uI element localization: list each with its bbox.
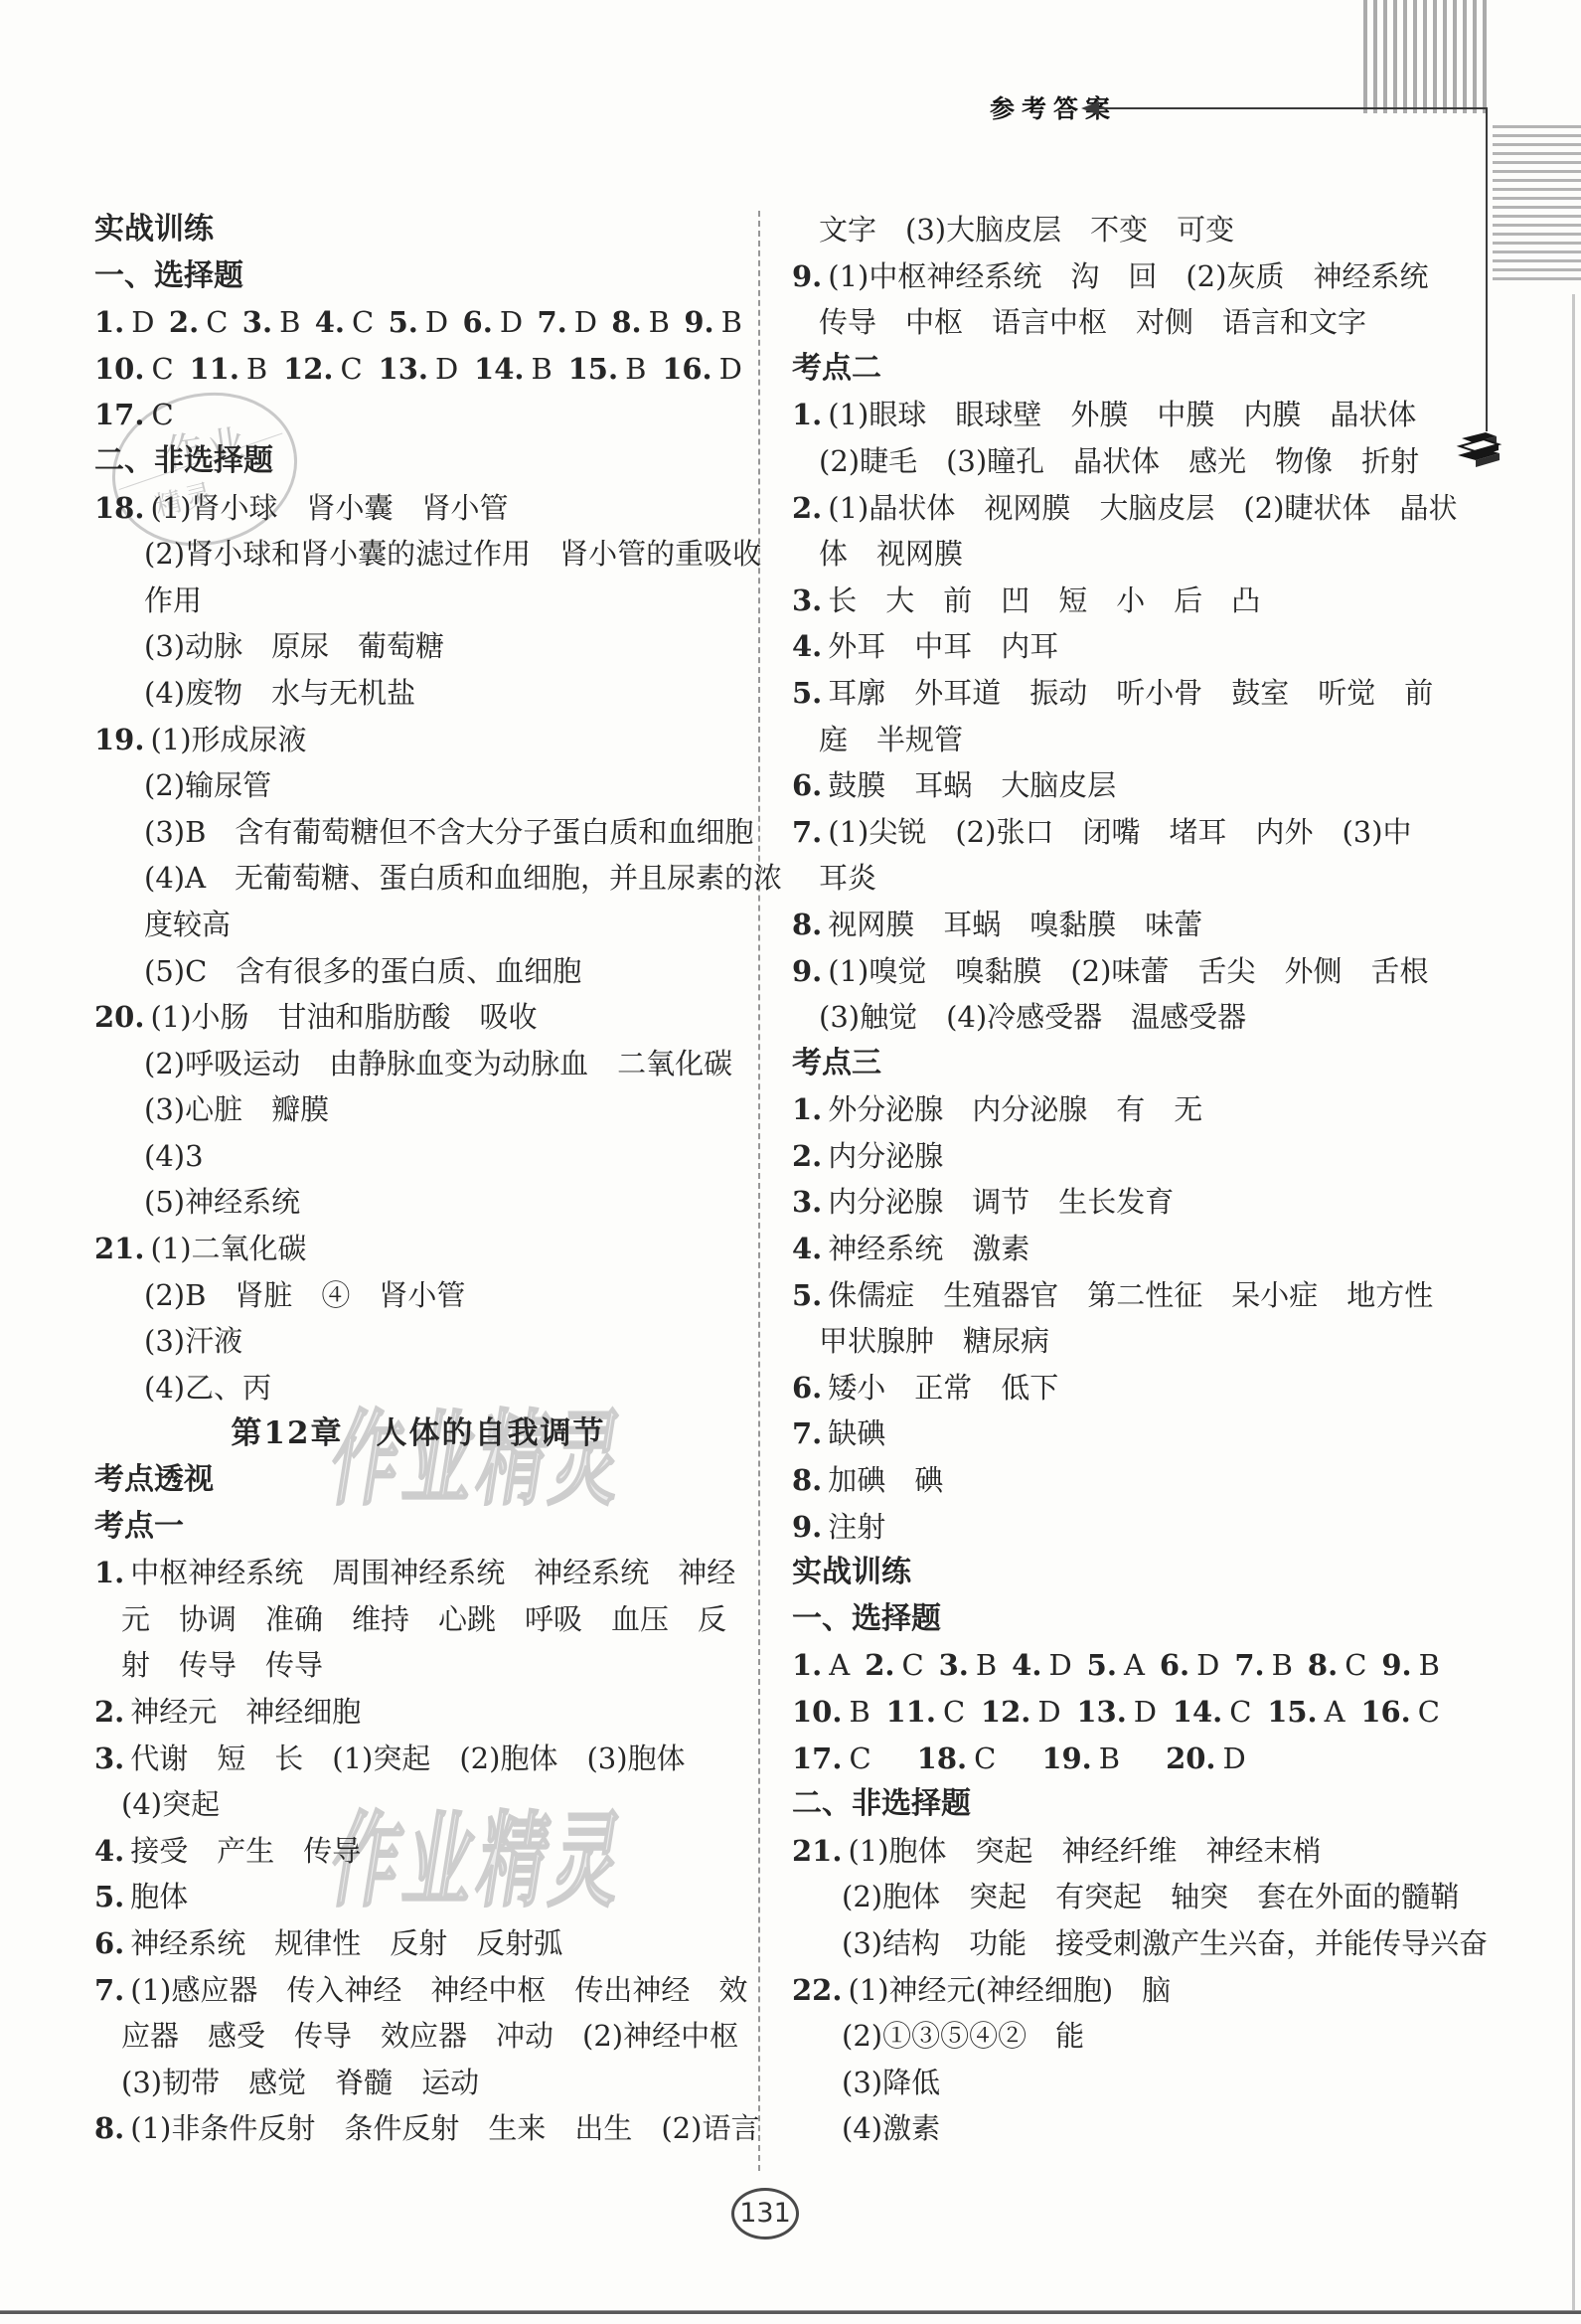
answer-line: 9.注射 (792, 1504, 1440, 1551)
answer-line: 18.(1)肾小球 肾小囊 肾小管 (94, 485, 742, 532)
item-number: 4. (792, 1232, 822, 1265)
item-number: 2. (792, 491, 822, 525)
choice-answer: 8.C (1308, 1642, 1366, 1689)
answer-text: 内分泌腺 调节 生长发育 (828, 1185, 1174, 1219)
answer-line: 1.外分泌腺 内分泌腺 有 无 (792, 1086, 1440, 1133)
choice-answer: 8.B (611, 299, 670, 346)
answer-line: (5)C 含有很多的蛋白质、血细胞 (94, 948, 742, 995)
answer-text: (1)神经元(神经细胞) 脑 (848, 1973, 1171, 2007)
choice-answers-line: 17.C (94, 392, 742, 438)
answer-text: 注射 (828, 1510, 885, 1544)
answer-key-page: 参考答案 作业 精灵 作业精灵 作业精灵 实战训练一、选择题1.D2.C3.B4… (0, 0, 1581, 2324)
answer-text: 鼓膜 耳蜗 大脑皮层 (828, 768, 1116, 802)
answer-line: (4)A 无葡萄糖、蛋白质和血细胞，并且尿素的浓 (94, 855, 742, 902)
answer-line: 5.耳廓 外耳道 振动 听小骨 鼓室 听觉 前 (792, 670, 1440, 717)
column-divider (758, 211, 760, 2171)
choice-answers-line: 1.D2.C3.B4.C5.D6.D7.D8.B9.B (94, 299, 742, 346)
item-number: 7. (94, 1973, 124, 2007)
answer-text: (1)二氧化碳 (150, 1232, 306, 1265)
answer-line: 21.(1)二氧化碳 (94, 1226, 742, 1272)
answer-text: 加碘 碘 (828, 1463, 943, 1497)
item-number: 5. (94, 1880, 124, 1913)
item-number: 8. (94, 2111, 124, 2145)
item-number: 6. (94, 1926, 124, 1960)
item-number: 7. (792, 1416, 822, 1450)
arrow-leader-line (1099, 107, 1488, 109)
answer-line: (3)降低 (792, 2060, 1440, 2106)
section-heading: 一、选择题 (792, 1596, 1440, 1643)
answer-text: (1)尖锐 (2)张口 闭嘴 堵耳 内外 (3)中 (828, 815, 1411, 849)
answer-line: (2)B 肾脏 ④ 肾小管 (94, 1272, 742, 1319)
answer-line: 21.(1)胞体 突起 神经纤维 神经末梢 (792, 1828, 1440, 1875)
choice-answer: 16.C (1360, 1689, 1440, 1736)
answer-text: 代谢 短 长 (1)突起 (2)胞体 (3)胞体 (130, 1742, 685, 1775)
choice-answer: 12.D (981, 1689, 1061, 1736)
horizontal-stripes-decoration (1493, 125, 1581, 284)
answer-text: (1)眼球 眼球壁 外膜 中膜 内膜 晶状体 (828, 398, 1416, 431)
choice-answer: 9.B (1381, 1642, 1440, 1689)
answer-line: (3)韧带 感觉 脊髓 运动 (94, 2060, 742, 2106)
choice-answer: 1.A (792, 1642, 850, 1689)
leader-vertical-line (1486, 107, 1488, 431)
books-icon (1451, 425, 1506, 479)
section-heading: 考点一 (94, 1504, 742, 1551)
answer-text: 外耳 中耳 内耳 (828, 629, 1058, 663)
answer-line: 7.(1)感应器 传入神经 神经中枢 传出神经 效 (94, 1967, 742, 2014)
answer-line: 2.内分泌腺 (792, 1133, 1440, 1180)
answer-line: 度较高 (94, 902, 742, 948)
answer-line: 19.(1)形成尿液 (94, 717, 742, 763)
answer-text: (1)晶状体 视网膜 大脑皮层 (2)睫状体 晶状 (828, 491, 1457, 525)
answer-text: (1)嗅觉 嗅黏膜 (2)味蕾 舌尖 外侧 舌根 (828, 954, 1428, 988)
section-heading: 二、非选择题 (94, 438, 742, 485)
choice-answer: 11.B (189, 346, 267, 393)
bottom-rule (0, 2310, 1581, 2314)
answer-line: (3)结构 功能 接受刺激产生兴奋，并能传导兴奋 (792, 1920, 1440, 1967)
answer-text: 外分泌腺 内分泌腺 有 无 (828, 1092, 1202, 1126)
item-number: 20. (94, 1000, 144, 1034)
answer-line: 应器 感受 传导 效应器 冲动 (2)神经中枢 (94, 2013, 742, 2060)
arrow-left-icon (1081, 101, 1099, 115)
answer-text: 内分泌腺 (828, 1139, 943, 1173)
answer-text: (1)中枢神经系统 沟 回 (2)灰质 神经系统 (828, 259, 1428, 293)
section-heading: 实战训练 (792, 1550, 1440, 1596)
answer-line: (3)汗液 (94, 1318, 742, 1365)
answer-line: 2.(1)晶状体 视网膜 大脑皮层 (2)睫状体 晶状 (792, 485, 1440, 532)
answer-text: (1)形成尿液 (150, 723, 306, 756)
choice-answer: 16.D (662, 346, 742, 393)
answer-line: 4.接受 产生 传导 (94, 1828, 742, 1875)
answer-line: 9.(1)中枢神经系统 沟 回 (2)灰质 神经系统 (792, 253, 1440, 300)
answer-line: 3.代谢 短 长 (1)突起 (2)胞体 (3)胞体 (94, 1736, 742, 1782)
answer-text: (1)小肠 甘油和脂肪酸 吸收 (150, 1000, 537, 1034)
choice-answer: 14.B (474, 346, 553, 393)
choice-answer: 14.C (1173, 1689, 1252, 1736)
choice-answer: 10.C (94, 346, 174, 393)
answer-text: 胞体 (130, 1880, 188, 1913)
choice-answer: 6.D (463, 299, 524, 346)
answer-line: 6.神经系统 规律性 反射 反射弧 (94, 1920, 742, 1967)
item-number: 1. (792, 398, 822, 431)
answer-line: 6.矮小 正常 低下 (792, 1365, 1440, 1411)
answer-line: 8.(1)非条件反射 条件反射 生来 出生 (2)语言 (94, 2105, 742, 2152)
answer-line: (2)肾小球和肾小囊的滤过作用 肾小管的重吸收 (94, 531, 742, 578)
item-number: 2. (792, 1139, 822, 1173)
choice-answer: 13.D (379, 346, 459, 393)
answer-text: 侏儒症 生殖器官 第二性征 呆小症 地方性 (828, 1278, 1433, 1312)
choice-answer: 5.D (389, 299, 449, 346)
choice-answer: 15.A (1267, 1689, 1344, 1736)
answer-line: 6.鼓膜 耳蜗 大脑皮层 (792, 762, 1440, 809)
answer-line: 7.缺碘 (792, 1411, 1440, 1457)
section-heading: 一、选择题 (94, 253, 742, 300)
item-number: 5. (792, 676, 822, 710)
choice-answer: 20.D (1166, 1736, 1246, 1782)
answer-line: 体 视网膜 (792, 531, 1440, 578)
answer-line: 元 协调 准确 维持 心跳 呼吸 血压 反 (94, 1596, 742, 1643)
answer-line: 5.侏儒症 生殖器官 第二性征 呆小症 地方性 (792, 1272, 1440, 1319)
answer-text: (1)非条件反射 条件反射 生来 出生 (2)语言 (130, 2111, 759, 2145)
section-heading: 考点透视 (94, 1457, 742, 1504)
choice-answer: 5.A (1087, 1642, 1145, 1689)
answer-line: (3)动脉 原尿 葡萄糖 (94, 623, 742, 670)
answer-line: 8.视网膜 耳蜗 嗅黏膜 味蕾 (792, 902, 1440, 948)
choice-answers-line: 10.B11.C12.D13.D14.C15.A16.C (792, 1689, 1440, 1736)
item-number: 5. (792, 1278, 822, 1312)
item-number: 3. (792, 583, 822, 617)
answer-line: 甲状腺肿 糖尿病 (792, 1318, 1440, 1365)
section-heading: 考点二 (792, 346, 1440, 393)
answer-line: 22.(1)神经元(神经细胞) 脑 (792, 1967, 1440, 2014)
choice-answer: 1.D (94, 299, 155, 346)
answer-line: 3.长 大 前 凹 短 小 后 凸 (792, 578, 1440, 624)
choice-answer: 7.B (1234, 1642, 1293, 1689)
choice-answer: 4.D (1012, 1642, 1072, 1689)
answer-line: (2)输尿管 (94, 762, 742, 809)
choice-answer: 17.C (94, 392, 174, 438)
answer-line: (4)3 (94, 1133, 742, 1180)
answers-column-left: 实战训练一、选择题1.D2.C3.B4.C5.D6.D7.D8.B9.B10.C… (94, 207, 742, 2152)
answer-line: 射 传导 传导 (94, 1642, 742, 1689)
choice-answer: 13.D (1076, 1689, 1157, 1736)
answer-line: (2)①③⑤④② 能 (792, 2013, 1440, 2060)
answer-line: 5.胞体 (94, 1874, 742, 1920)
choice-answer: 4.C (315, 299, 374, 346)
item-number: 1. (94, 1556, 124, 1589)
item-number: 2. (94, 1695, 124, 1729)
item-number: 21. (94, 1232, 144, 1265)
answer-line: (3)B 含有葡萄糖但不含大分子蛋白质和血细胞 (94, 809, 742, 856)
page-edge-line (1572, 294, 1575, 2314)
choice-answer: 9.B (684, 299, 742, 346)
choice-answer: 11.C (886, 1689, 966, 1736)
page-number-badge: 131 (731, 2188, 799, 2240)
answer-line: (2)胞体 突起 有突起 轴突 套在外面的髓鞘 (792, 1874, 1440, 1920)
answer-line: 20.(1)小肠 甘油和脂肪酸 吸收 (94, 994, 742, 1041)
answer-line: 作用 (94, 578, 742, 624)
item-number: 9. (792, 954, 822, 988)
choice-answers-line: 17.C18.C19.B20.D (792, 1736, 1440, 1782)
answer-line: (4)废物 水与无机盐 (94, 670, 742, 717)
choice-answer: 7.D (537, 299, 597, 346)
answer-line: (4)突起 (94, 1781, 742, 1828)
item-number: 3. (94, 1742, 124, 1775)
answer-line: (2)睫毛 (3)瞳孔 晶状体 感光 物像 折射 (792, 438, 1440, 485)
answer-line: (3)触觉 (4)冷感受器 温感受器 (792, 994, 1440, 1041)
choice-answer: 10.B (792, 1689, 870, 1736)
choice-answer: 18.C (917, 1736, 997, 1782)
answer-text: 视网膜 耳蜗 嗅黏膜 味蕾 (828, 908, 1202, 941)
section-heading: 二、非选择题 (792, 1781, 1440, 1828)
answer-text: 缺碘 (828, 1416, 885, 1450)
answer-line: 传导 中枢 语言中枢 对侧 语言和文字 (792, 299, 1440, 346)
item-number: 7. (792, 815, 822, 849)
item-number: 4. (792, 629, 822, 663)
choice-answer: 12.C (283, 346, 363, 393)
answer-text: 神经系统 激素 (828, 1232, 1029, 1265)
answer-text: 长 大 前 凹 短 小 后 凸 (828, 583, 1260, 617)
answer-line: 文字 (3)大脑皮层 不变 可变 (792, 207, 1440, 253)
item-number: 4. (94, 1834, 124, 1868)
answer-line: 8.加碘 碘 (792, 1457, 1440, 1504)
answer-text: (1)感应器 传入神经 神经中枢 传出神经 效 (130, 1973, 747, 2007)
section-heading: 实战训练 (94, 207, 742, 253)
chapter-heading: 第12章 人体的自我调节 (94, 1411, 742, 1457)
answer-text: 中枢神经系统 周围神经系统 神经系统 神经 (130, 1556, 735, 1589)
answer-line: (3)心脏 瓣膜 (94, 1086, 742, 1133)
answer-text: 神经系统 规律性 反射 反射弧 (130, 1926, 562, 1960)
answer-line: 1.中枢神经系统 周围神经系统 神经系统 神经 (94, 1550, 742, 1596)
item-number: 18. (94, 491, 144, 525)
choice-answer: 19.B (1041, 1736, 1120, 1782)
choice-answer: 3.B (939, 1642, 998, 1689)
answer-line: 2.神经元 神经细胞 (94, 1689, 742, 1736)
choice-answers-line: 10.C11.B12.C13.D14.B15.B16.D (94, 346, 742, 393)
answer-line: 9.(1)嗅觉 嗅黏膜 (2)味蕾 舌尖 外侧 舌根 (792, 948, 1440, 995)
choice-answer: 3.B (242, 299, 301, 346)
choice-answer: 17.C (792, 1736, 871, 1782)
item-number: 8. (792, 1463, 822, 1497)
answer-text: 耳廓 外耳道 振动 听小骨 鼓室 听觉 前 (828, 676, 1433, 710)
item-number: 6. (792, 768, 822, 802)
answer-line: 7.(1)尖锐 (2)张口 闭嘴 堵耳 内外 (3)中 (792, 809, 1440, 856)
answer-text: (1)肾小球 肾小囊 肾小管 (150, 491, 508, 525)
choice-answer: 15.B (568, 346, 647, 393)
answer-line: 3.内分泌腺 调节 生长发育 (792, 1179, 1440, 1226)
answer-text: (1)胞体 突起 神经纤维 神经末梢 (848, 1834, 1321, 1868)
answer-text: 接受 产生 传导 (130, 1834, 361, 1868)
answers-column-right: 文字 (3)大脑皮层 不变 可变9.(1)中枢神经系统 沟 回 (2)灰质 神经… (792, 207, 1440, 2152)
item-number: 1. (792, 1092, 822, 1126)
item-number: 22. (792, 1973, 842, 2007)
answer-line: 耳炎 (792, 855, 1440, 902)
answer-line: 1.(1)眼球 眼球壁 外膜 中膜 内膜 晶状体 (792, 392, 1440, 438)
item-number: 8. (792, 908, 822, 941)
answer-line: 4.外耳 中耳 内耳 (792, 623, 1440, 670)
choice-answers-line: 1.A2.C3.B4.D5.A6.D7.B8.C9.B (792, 1642, 1440, 1689)
item-number: 21. (792, 1834, 842, 1868)
answer-line: 庭 半规管 (792, 717, 1440, 763)
vertical-stripes-decoration (1363, 0, 1491, 113)
answer-line: (4)激素 (792, 2105, 1440, 2152)
answer-line: (5)神经系统 (94, 1179, 742, 1226)
answer-line: (2)呼吸运动 由静脉血变为动脉血 二氧化碳 (94, 1041, 742, 1087)
answer-text: 矮小 正常 低下 (828, 1371, 1058, 1405)
item-number: 9. (792, 1510, 822, 1544)
item-number: 19. (94, 723, 144, 756)
answer-text: 神经元 神经细胞 (130, 1695, 361, 1729)
section-heading: 考点三 (792, 1041, 1440, 1087)
choice-answer: 2.C (169, 299, 228, 346)
item-number: 6. (792, 1371, 822, 1405)
answer-line: (4)乙、丙 (94, 1365, 742, 1411)
choice-answer: 2.C (865, 1642, 923, 1689)
item-number: 3. (792, 1185, 822, 1219)
choice-answer: 6.D (1160, 1642, 1220, 1689)
item-number: 9. (792, 259, 822, 293)
answer-line: 4.神经系统 激素 (792, 1226, 1440, 1272)
